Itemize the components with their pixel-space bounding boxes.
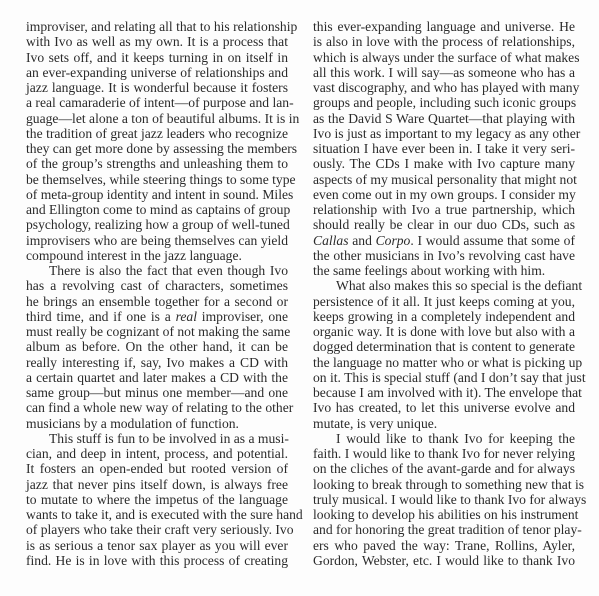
text-line: they can get more done by assessing the … <box>26 141 288 156</box>
text-line: the language no matter who or what is pi… <box>313 355 575 370</box>
text-line: a real camaraderie of intent—of purpose … <box>26 95 288 110</box>
text-line: keeps growing in a completely independen… <box>313 309 575 324</box>
text-line: relationship with Ivo a true partnership… <box>313 202 575 217</box>
text-line: find. He is in love with this process of… <box>26 553 288 568</box>
text-line: same group—but minus one member—and one <box>26 385 288 400</box>
text-line: truly musical. I would like to thank Ivo… <box>313 492 575 507</box>
text-line: wants to take it, and is executed with t… <box>26 507 288 522</box>
text-line: is as serious a tenor sax player as you … <box>26 538 288 553</box>
text-line: of meta-group identity and intent in sou… <box>26 187 288 202</box>
text-line: the other musicians in Ivo’s revolving c… <box>313 248 575 263</box>
paragraph-end-line: musicians by a modulation of function. <box>26 416 288 431</box>
text-line: organic way. It is done with love but al… <box>313 324 575 339</box>
text-run: and <box>349 233 376 248</box>
text-run: . I would assume that some of <box>410 233 575 248</box>
text-line: guage—let alone a ton of beautiful album… <box>26 111 288 126</box>
text-line: has a revolving cast of characters, some… <box>26 278 288 293</box>
italic-title-callas: Callas <box>313 233 349 248</box>
text-line: situation I have ever been in. I take it… <box>313 141 575 156</box>
text-line: persistence of it all. It just keeps com… <box>313 294 575 309</box>
text-line: all this work. I will say—as someone who… <box>313 65 575 80</box>
text-line: of the group’s strengths and unleashing … <box>26 156 288 171</box>
text-line: jazz that never pins itself down, is alw… <box>26 477 288 492</box>
text-line: groups and people, including such iconic… <box>313 95 575 110</box>
text-line: It fosters an open-ended but rooted vers… <box>26 461 288 476</box>
paragraph-end-line: the same feelings about working with him… <box>313 263 575 278</box>
italic-word-real: real <box>176 309 197 324</box>
text-line: and for honoring the great tradition of … <box>313 522 575 537</box>
text-line: Gordon, Webster, etc. I would like to th… <box>313 553 575 568</box>
text-line: as the David S Ware Quartet—that playing… <box>313 111 575 126</box>
text-line: cian, and deep in intent, process, and p… <box>26 446 288 461</box>
text-line: should really be clear in our duo CDs, s… <box>313 217 575 232</box>
text-line-with-italic: third time, and if one is a real improvi… <box>26 309 288 324</box>
paragraph-start-line: What also makes this so special is the d… <box>313 278 575 293</box>
text-line: improvisers who are being themselves can… <box>26 233 288 248</box>
text-line: really interesting if, say, Ivo makes a … <box>26 355 288 370</box>
text-line: faith. I would like to thank Ivo for nev… <box>313 446 575 461</box>
text-line: which is always under the surface of wha… <box>313 50 575 65</box>
text-line: vast discography, and who has played wit… <box>313 80 575 95</box>
text-line: aspects of my musical personality that m… <box>313 172 575 187</box>
text-line: ously. The CDs I make with Ivo capture m… <box>313 156 575 171</box>
text-line: because I am involved with it). The enve… <box>313 385 575 400</box>
text-line: album as before. On the other hand, it c… <box>26 339 288 354</box>
text-line: Ivo has created, to let this universe ev… <box>313 400 575 415</box>
text-run: third time, and if one is a <box>26 309 176 324</box>
text-line: Ivo sets off, and it keeps turning in on… <box>26 50 288 65</box>
paragraph-start-line: This stuff is fun to be involved in as a… <box>26 431 288 446</box>
text-line: even come out in my own groups. I consid… <box>313 187 575 202</box>
text-line: psychology, realizing how a group of wel… <box>26 217 288 232</box>
text-line: must really be cognizant of not making t… <box>26 324 288 339</box>
text-line: Ivo is just as important to my legacy as… <box>313 126 575 141</box>
text-line: looking to develop his abilities on his … <box>313 507 575 522</box>
right-text-column: this ever-expanding language and univers… <box>313 19 575 568</box>
text-line: with Ivo as well as my own. It is a proc… <box>26 34 288 49</box>
left-text-column: improviser, and relating all that to his… <box>26 19 288 568</box>
text-line: and Ellington come to mind as captains o… <box>26 202 288 217</box>
text-line: can find a whole new way of relating to … <box>26 400 288 415</box>
text-line: improviser, and relating all that to his… <box>26 19 288 34</box>
text-line: the tradition of great jazz leaders who … <box>26 126 288 141</box>
text-line: to mutate to where the impetus of the la… <box>26 492 288 507</box>
text-line: ers who paved the way: Trane, Rollins, A… <box>313 538 575 553</box>
text-line: an ever-expanding universe of relationsh… <box>26 65 288 80</box>
text-line: of players who take their craft very ser… <box>26 522 288 537</box>
text-line: this ever-expanding language and univers… <box>313 19 575 34</box>
paragraph-end-line: compound interest in the jazz language. <box>26 248 288 263</box>
text-line: is also in love with the process of rela… <box>313 34 575 49</box>
text-line: jazz language. It is wonderful because i… <box>26 80 288 95</box>
italic-title-corpo: Corpo <box>376 233 411 248</box>
text-line: on it. This is special stuff (and I don’… <box>313 370 575 385</box>
paragraph-start-line: There is also the fact that even though … <box>26 263 288 278</box>
document-page: improviser, and relating all that to his… <box>0 0 599 596</box>
text-line-with-italic: Callas and Corpo. I would assume that so… <box>313 233 575 248</box>
text-run: improviser, one <box>197 309 288 324</box>
text-line: he brings an ensemble together for a sec… <box>26 294 288 309</box>
text-line: looking to break through to something ne… <box>313 477 575 492</box>
paragraph-start-line: I would like to thank Ivo for keeping th… <box>313 431 575 446</box>
text-line: dogged determination that is content to … <box>313 339 575 354</box>
text-line: be themselves, while steering things to … <box>26 172 288 187</box>
paragraph-end-line: mutate, is very unique. <box>313 416 575 431</box>
text-line: a certain quartet and later makes a CD w… <box>26 370 288 385</box>
text-line: on the cliches of the avant-garde and fo… <box>313 461 575 476</box>
